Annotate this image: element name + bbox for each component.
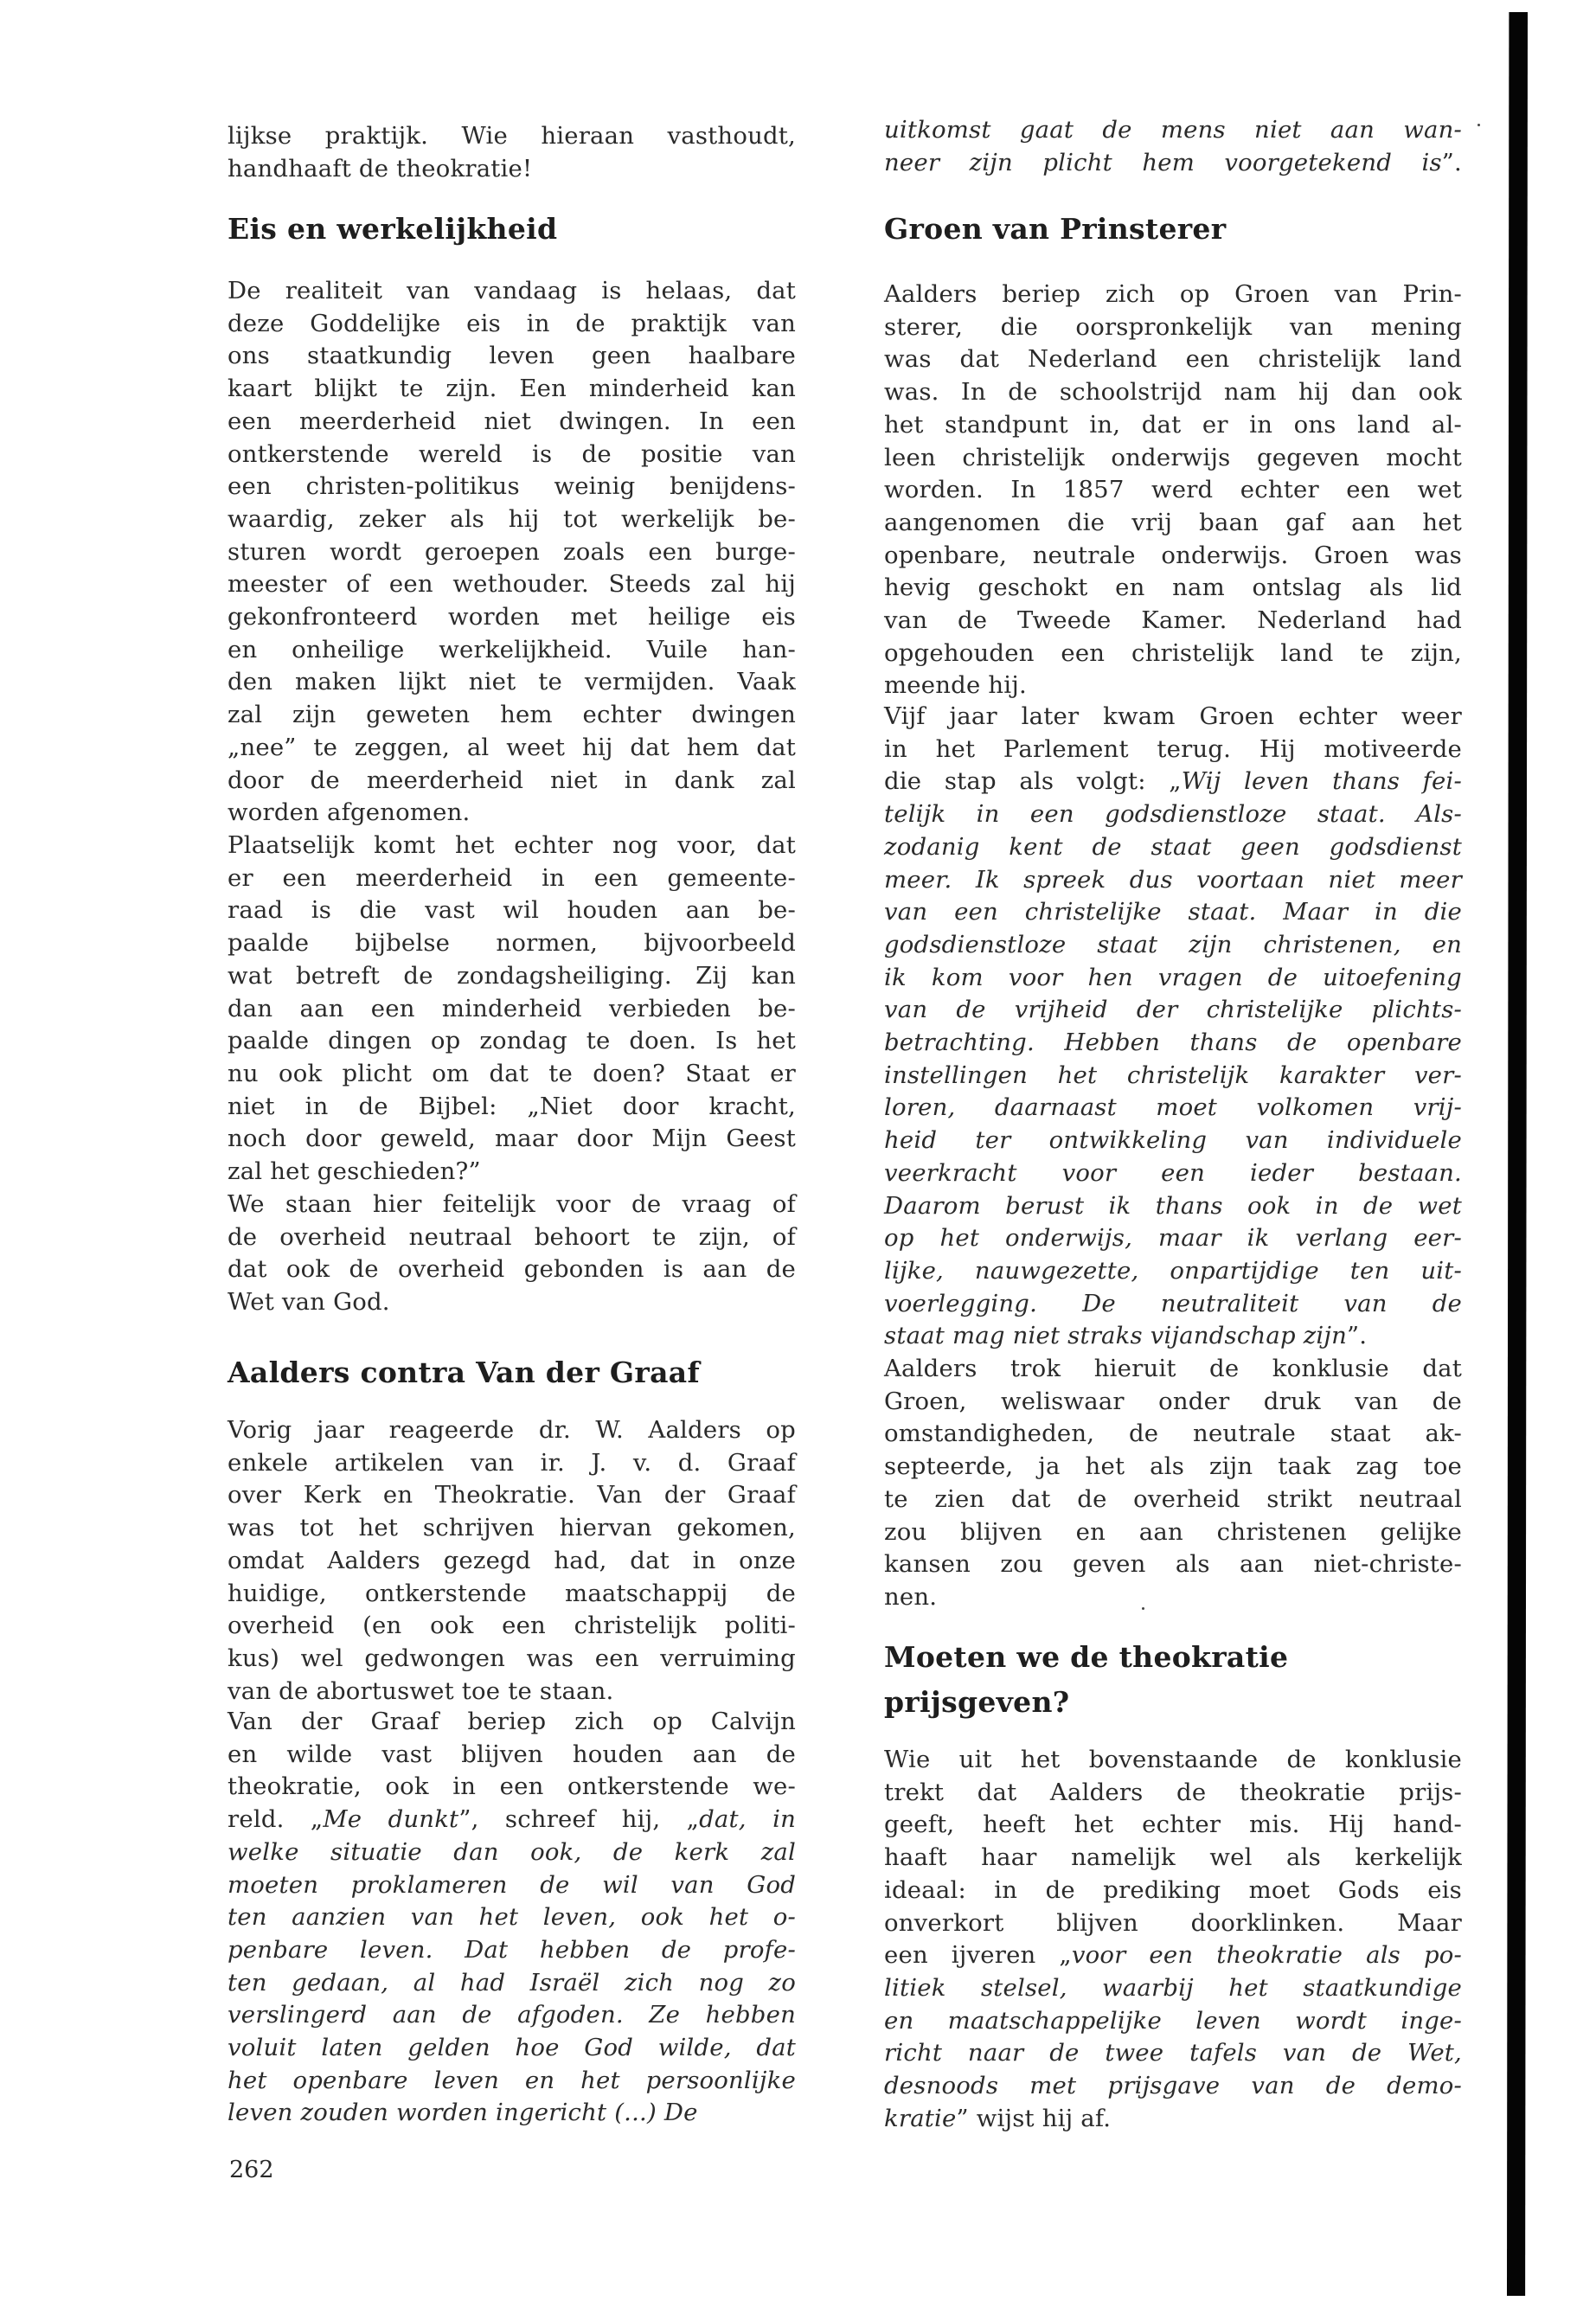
body-text: paalde dingen op zondag te doen. Is het: [228, 1027, 796, 1054]
text-line: betrachting. Hebben thans de openbare: [884, 1026, 1462, 1059]
text-line: en wilde vast blijven houden aan de: [228, 1738, 796, 1771]
body-text: door de meerderheid niet in dank zal: [228, 766, 796, 794]
text-line: omstandigheden, de neutrale staat ak-: [884, 1417, 1462, 1450]
italic-quote-text: instellingen het christelijk karakter ve…: [884, 1061, 1462, 1089]
body-text: gekonfronteerd worden met heilige eis: [228, 603, 796, 631]
text-line: er een meerderheid in een gemeente-: [228, 862, 796, 894]
text-line: Aalders beriep zich op Groen van Prin-: [884, 278, 1462, 311]
text-line: lijkse praktijk. Wie hieraan vasthoudt,: [228, 119, 796, 152]
body-text: Van der Graaf beriep zich op Calvijn: [228, 1708, 796, 1735]
italic-quote-text: neer zijn plicht hem voorgetekend is: [884, 149, 1442, 176]
body-text: „nee” te zeggen, al weet hij dat hem dat: [228, 734, 796, 761]
italic-quote-text: desnoods met prijsgave van de demo-: [884, 2072, 1462, 2099]
text-line: nu ook plicht om dat te doen? Staat er: [228, 1057, 796, 1090]
text-line: haaft haar namelijk wel als kerkelijk: [884, 1841, 1462, 1874]
body-text: kaart blijkt te zijn. Een minderheid kan: [228, 375, 796, 402]
body-text: over Kerk en Theokratie. Van der Graaf: [228, 1481, 796, 1509]
text-line: ten gedaan, al had Israël zich nog zo: [228, 1966, 796, 1999]
body-text: paalde bijbelse normen, bijvoorbeeld: [228, 929, 796, 957]
text-line: het standpunt in, dat er in ons land al-: [884, 408, 1462, 441]
text-line: ideaal: in de prediking moet Gods eis: [884, 1874, 1462, 1907]
body-text: en onheilige werkelijkheid. Vuile han-: [228, 636, 796, 663]
scan-speck: [1477, 124, 1480, 126]
body-text: dan aan een minderheid verbieden be-: [228, 995, 796, 1022]
text-line: zodanig kent de staat geen godsdienst: [884, 830, 1462, 863]
italic-quote-text: heid ter ontwikkeling van individuele: [884, 1126, 1462, 1154]
body-text: Aalders trok hieruit de konklusie dat: [884, 1355, 1462, 1382]
text-line: „nee” te zeggen, al weet hij dat hem dat: [228, 731, 796, 764]
body-text: ideaal: in de prediking moet Gods eis: [884, 1876, 1462, 1904]
body-text: haaft haar namelijk wel als kerkelijk: [884, 1843, 1462, 1871]
body-text: ”.: [1347, 1322, 1367, 1349]
body-text: deze Goddelijke eis in de praktijk van: [228, 310, 796, 337]
body-text: geeft, heeft het echter mis. Hij hand-: [884, 1811, 1462, 1838]
body-text: huidige, ontkerstende maatschappij de: [228, 1580, 796, 1607]
body-text: worden afgenomen.: [228, 798, 471, 826]
text-line: verslingerd aan de afgoden. Ze hebben: [228, 1998, 796, 2031]
body-text: was tot het schrijven hiervan gekomen,: [228, 1514, 796, 1541]
body-text: ons staatkundig leven geen haalbare: [228, 342, 796, 369]
text-line: uitkomst gaat de mens niet aan wan-: [884, 113, 1462, 146]
italic-quote-text: betrachting. Hebben thans de openbare: [884, 1029, 1462, 1056]
italic-quote-text: telijk in een godsdienstloze staat. Als-: [884, 800, 1462, 828]
italic-quote-text: op het onderwijs, maar ik verlang eer-: [884, 1224, 1462, 1252]
text-line: Vorig jaar reageerde dr. W. Aalders op: [228, 1413, 796, 1446]
text-line: een ijveren „voor een theokratie als po-: [884, 1939, 1462, 1971]
text-line: deze Goddelijke eis in de praktijk van: [228, 307, 796, 340]
text-line: meer. Ik spreek dus voortaan niet meer: [884, 863, 1462, 896]
text-line: desnoods met prijsgave van de demo-: [884, 2069, 1462, 2102]
text-line: op het onderwijs, maar ik verlang eer-: [884, 1221, 1462, 1254]
body-text: worden. In 1857 werd echter een wet: [884, 476, 1462, 503]
text-line: sterer, die oorspronkelijk van mening: [884, 311, 1462, 343]
section-heading: Groen van Prinsterer: [884, 212, 1226, 247]
body-text: niet in de Bijbel: „Niet door kracht,: [228, 1093, 796, 1120]
body-text: leen christelijk onderwijs gegeven mocht: [884, 444, 1462, 471]
scan-speck: [1142, 1607, 1144, 1610]
text-line: Wie uit het bovenstaande de konklusie: [884, 1743, 1462, 1776]
text-line: door de meerderheid niet in dank zal: [228, 764, 796, 797]
body-text: zal het geschieden?”: [228, 1157, 481, 1185]
text-line: Daarom berust ik thans ook in de wet: [884, 1189, 1462, 1222]
text-line: telijk in een godsdienstloze staat. Als-: [884, 798, 1462, 830]
text-line: voerlegging. De neutraliteit van de: [884, 1287, 1462, 1320]
text-line: een meerderheid niet dwingen. In een: [228, 405, 796, 438]
body-text: den maken lijkt niet te vermijden. Vaak: [228, 668, 796, 695]
italic-quote-text: ten gedaan, al had Israël zich nog zo: [228, 1969, 796, 1997]
body-text: Vijf jaar later kwam Groen echter weer: [884, 702, 1462, 730]
italic-quote-text: ik kom voor hen vragen de uitoefening: [884, 964, 1462, 991]
italic-quote-text: meer. Ik spreek dus voortaan niet meer: [884, 866, 1462, 894]
text-line: kus) wel gedwongen was een verruiming: [228, 1642, 796, 1675]
text-line: zal zijn geweten hem echter dwingen: [228, 698, 796, 731]
text-line: was dat Nederland een christelijk land: [884, 343, 1462, 375]
body-text: noch door geweld, maar door Mijn Geest: [228, 1125, 796, 1152]
text-line: niet in de Bijbel: „Niet door kracht,: [228, 1090, 796, 1123]
scan-edge-bar: [1507, 12, 1528, 2296]
body-text: zal zijn geweten hem echter dwingen: [228, 701, 796, 728]
body-text: kansen zou geven als aan niet-christe-: [884, 1550, 1462, 1578]
text-line: aangenomen die vrij baan gaf aan het: [884, 506, 1462, 539]
text-line: loren, daarnaast moet volkomen vrij-: [884, 1091, 1462, 1124]
text-line: litiek stelsel, waarbij het staatkundige: [884, 1971, 1462, 2004]
body-text: hevig geschokt en nam ontslag als lid: [884, 574, 1462, 601]
body-text: handhaaft de theokratie!: [228, 155, 532, 183]
text-line: kansen zou geven als aan niet-christe-: [884, 1548, 1462, 1580]
body-text: omdat Aalders gezegd had, dat in onze: [228, 1547, 796, 1574]
section-heading: Moeten we de theokratie: [884, 1640, 1288, 1675]
body-text: en wilde vast blijven houden aan de: [228, 1740, 796, 1768]
italic-quote-text: penbare leven. Dat hebben de profe-: [228, 1936, 796, 1964]
text-line: welke situatie dan ook, de kerk zal: [228, 1836, 796, 1868]
text-line: heid ter ontwikkeling van individuele: [884, 1124, 1462, 1157]
body-text: een christen-politikus weinig benijdens-: [228, 472, 796, 500]
text-line: geeft, heeft het echter mis. Hij hand-: [884, 1808, 1462, 1841]
page-number: 262: [229, 2154, 274, 2187]
text-line: het openbare leven en het persoonlijke: [228, 2064, 796, 2097]
body-text: Vorig jaar reageerde dr. W. Aalders op: [228, 1416, 796, 1444]
text-line: dan aan een minderheid verbieden be-: [228, 992, 796, 1025]
text-line: die stap als volgt: „Wij leven thans fei…: [884, 765, 1462, 798]
text-line: veerkracht voor een ieder bestaan.: [884, 1157, 1462, 1189]
text-line: reld. „Me dunkt”, schreef hij, „dat, in: [228, 1803, 796, 1836]
body-text: ” wijst hij af.: [957, 2105, 1112, 2132]
text-line: trekt dat Aalders de theokratie prijs-: [884, 1776, 1462, 1809]
text-line: openbare, neutrale onderwijs. Groen was: [884, 539, 1462, 572]
text-line: noch door geweld, maar door Mijn Geest: [228, 1122, 796, 1155]
italic-quote-text: lijke, nauwgezette, onpartijdige ten uit…: [884, 1257, 1462, 1285]
text-line: Aalders trok hieruit de konklusie dat: [884, 1352, 1462, 1385]
text-line: ons staatkundig leven geen haalbare: [228, 339, 796, 372]
italic-quote-text: van de vrijheid der christelijke plichts…: [884, 996, 1462, 1023]
section-heading: Eis en werkelijkheid: [228, 212, 557, 247]
body-text: dat ook de overheid gebonden is aan de: [228, 1255, 796, 1283]
text-line: leven zouden worden ingericht (...) De: [228, 2096, 796, 2129]
body-text: te zien dat de overheid strikt neutraal: [884, 1485, 1462, 1513]
text-line: Vijf jaar later kwam Groen echter weer: [884, 700, 1462, 733]
text-line: onverkort blijven doorklinken. Maar: [884, 1907, 1462, 1939]
body-text: reld. „: [228, 1805, 323, 1833]
text-line: sturen wordt geroepen zoals een burge-: [228, 535, 796, 568]
body-text: onverkort blijven doorklinken. Maar: [884, 1909, 1462, 1937]
text-line: hevig geschokt en nam ontslag als lid: [884, 571, 1462, 604]
text-line: Plaatselijk komt het echter nog voor, da…: [228, 829, 796, 862]
body-text: De realiteit van vandaag is helaas, dat: [228, 277, 796, 304]
body-text: kus) wel gedwongen was een verruiming: [228, 1644, 796, 1672]
body-text: het standpunt in, dat er in ons land al-: [884, 411, 1462, 439]
text-line: was. In de schoolstrijd nam hij dan ook: [884, 375, 1462, 408]
text-line: waardig, zeker als hij tot werkelijk be-: [228, 503, 796, 535]
italic-quote-text: moeten proklameren de wil van God: [228, 1871, 796, 1899]
text-line: instellingen het christelijk karakter ve…: [884, 1059, 1462, 1092]
italic-quote-text: Daarom berust ik thans ook in de wet: [884, 1192, 1462, 1220]
body-text: zou blijven en aan christenen gelijke: [884, 1518, 1462, 1546]
text-line: leen christelijk onderwijs gegeven mocht: [884, 441, 1462, 474]
italic-quote-text: dat, in: [699, 1805, 796, 1833]
body-text: waardig, zeker als hij tot werkelijk be-: [228, 505, 796, 533]
text-line: voluit laten gelden hoe God wilde, dat: [228, 2031, 796, 2064]
body-text: raad is die vast wil houden aan be-: [228, 896, 796, 924]
body-text: er een meerderheid in een gemeente-: [228, 864, 796, 892]
text-line: meester of een wethouder. Steeds zal hij: [228, 567, 796, 600]
body-text: sterer, die oorspronkelijk van mening: [884, 313, 1462, 341]
body-text: aangenomen die vrij baan gaf aan het: [884, 509, 1462, 536]
text-line: ik kom voor hen vragen de uitoefening: [884, 961, 1462, 994]
text-line: Groen, weliswaar onder druk van de: [884, 1385, 1462, 1418]
body-text: lijkse praktijk. Wie hieraan vasthoudt,: [228, 122, 796, 150]
text-line: den maken lijkt niet te vermijden. Vaak: [228, 665, 796, 698]
italic-quote-text: voluit laten gelden hoe God wilde, dat: [228, 2034, 796, 2061]
italic-quote-text: het openbare leven en het persoonlijke: [228, 2067, 796, 2094]
body-text: de overheid neutraal behoort te zijn, of: [228, 1223, 796, 1251]
italic-quote-text: leven zouden worden ingericht (...) De: [228, 2099, 698, 2126]
text-line: te zien dat de overheid strikt neutraal: [884, 1483, 1462, 1516]
italic-quote-text: loren, daarnaast moet volkomen vrij-: [884, 1093, 1462, 1121]
italic-quote-text: Wij leven thans fei-: [1182, 767, 1462, 795]
body-text: ”.: [1442, 149, 1462, 176]
text-line: kratie” wijst hij af.: [884, 2102, 1462, 2135]
body-text: van de Tweede Kamer. Nederland had: [884, 606, 1462, 634]
text-line: een christen-politikus weinig benijdens-: [228, 470, 796, 503]
text-line: dat ook de overheid gebonden is aan de: [228, 1253, 796, 1285]
italic-quote-text: uitkomst gaat de mens niet aan wan-: [884, 116, 1462, 144]
text-line: omdat Aalders gezegd had, dat in onze: [228, 1544, 796, 1577]
text-line: zal het geschieden?”: [228, 1155, 796, 1188]
body-text: We staan hier feitelijk voor de vraag of: [228, 1190, 796, 1218]
text-line: godsdienstloze staat zijn christenen, en: [884, 928, 1462, 961]
body-text: Aalders beriep zich op Groen van Prin-: [884, 280, 1462, 308]
text-line: was tot het schrijven hiervan gekomen,: [228, 1511, 796, 1544]
text-line: van de abortuswet toe te staan.: [228, 1675, 796, 1708]
body-text: Plaatselijk komt het echter nog voor, da…: [228, 831, 796, 859]
text-line: ontkerstende wereld is de positie van: [228, 438, 796, 471]
text-line: over Kerk en Theokratie. Van der Graaf: [228, 1478, 796, 1511]
italic-quote-text: staat mag niet straks vijandschap zijn: [884, 1322, 1347, 1349]
text-line: overheid (en ook een christelijk politi-: [228, 1609, 796, 1642]
italic-quote-text: godsdienstloze staat zijn christenen, en: [884, 931, 1462, 958]
body-text: meester of een wethouder. Steeds zal hij: [228, 570, 796, 598]
text-line: raad is die vast wil houden aan be-: [228, 894, 796, 926]
italic-quote-text: kratie: [884, 2105, 957, 2132]
text-line: paalde bijbelse normen, bijvoorbeeld: [228, 926, 796, 959]
body-text: nen.: [884, 1583, 937, 1611]
italic-quote-text: veerkracht voor een ieder bestaan.: [884, 1159, 1462, 1187]
text-line: van een christelijke staat. Maar in die: [884, 895, 1462, 928]
body-text: Wie uit het bovenstaande de konklusie: [884, 1746, 1462, 1773]
body-text: ”, schreef hij, „: [458, 1805, 699, 1833]
text-line: gekonfronteerd worden met heilige eis: [228, 600, 796, 633]
body-text: septeerde, ja het als zijn taak zag toe: [884, 1452, 1462, 1480]
section-heading: prijsgeven?: [884, 1685, 1069, 1720]
text-line: wat betreft de zondagsheiliging. Zij kan: [228, 959, 796, 992]
text-line: de overheid neutraal behoort te zijn, of: [228, 1221, 796, 1253]
text-line: We staan hier feitelijk voor de vraag of: [228, 1188, 796, 1221]
italic-quote-text: voerlegging. De neutraliteit van de: [884, 1290, 1462, 1317]
section-heading: Aalders contra Van der Graaf: [228, 1356, 700, 1390]
body-text: theokratie, ook in een ontkerstende we-: [228, 1772, 796, 1800]
body-text: een ijveren „: [884, 1941, 1072, 1969]
text-line: Van der Graaf beriep zich op Calvijn: [228, 1705, 796, 1738]
body-text: ontkerstende wereld is de positie van: [228, 440, 796, 468]
text-line: zou blijven en aan christenen gelijke: [884, 1516, 1462, 1548]
body-text: openbare, neutrale onderwijs. Groen was: [884, 542, 1462, 569]
body-text: was. In de schoolstrijd nam hij dan ook: [884, 378, 1462, 406]
text-line: en maatschappelijke leven wordt inge-: [884, 2004, 1462, 2037]
text-line: staat mag niet straks vijandschap zijn”.: [884, 1319, 1462, 1352]
body-text: wat betreft de zondagsheiliging. Zij kan: [228, 962, 796, 990]
body-text: enkele artikelen van ir. J. v. d. Graaf: [228, 1449, 796, 1477]
text-line: opgehouden een christelijk land te zijn,: [884, 637, 1462, 670]
body-text: omstandigheden, de neutrale staat ak-: [884, 1420, 1462, 1447]
body-text: Wet van God.: [228, 1288, 390, 1316]
text-line: lijke, nauwgezette, onpartijdige ten uit…: [884, 1254, 1462, 1287]
text-line: in het Parlement terug. Hij motiveerde: [884, 733, 1462, 766]
body-text: nu ook plicht om dat te doen? Staat er: [228, 1060, 796, 1087]
text-line: worden. In 1857 werd echter een wet: [884, 473, 1462, 506]
body-text: een meerderheid niet dwingen. In een: [228, 407, 796, 435]
text-line: kaart blijkt te zijn. Een minderheid kan: [228, 372, 796, 405]
body-text: opgehouden een christelijk land te zijn,: [884, 639, 1462, 667]
text-line: van de Tweede Kamer. Nederland had: [884, 604, 1462, 637]
text-line: handhaaft de theokratie!: [228, 152, 796, 185]
italic-quote-text: ten aanzien van het leven, ook het o-: [228, 1903, 796, 1931]
text-line: Wet van God.: [228, 1285, 796, 1318]
italic-quote-text: en maatschappelijke leven wordt inge-: [884, 2007, 1462, 2035]
text-line: nen.: [884, 1580, 1462, 1613]
italic-quote-text: voor een theokratie als po-: [1072, 1941, 1462, 1969]
body-text: overheid (en ook een christelijk politi-: [228, 1612, 796, 1639]
text-line: septeerde, ja het als zijn taak zag toe: [884, 1450, 1462, 1483]
text-line: van de vrijheid der christelijke plichts…: [884, 993, 1462, 1026]
text-line: theokratie, ook in een ontkerstende we-: [228, 1770, 796, 1803]
text-line: en onheilige werkelijkheid. Vuile han-: [228, 633, 796, 666]
text-line: enkele artikelen van ir. J. v. d. Graaf: [228, 1446, 796, 1479]
italic-quote-text: Me dunkt: [323, 1805, 458, 1833]
body-text: Groen, weliswaar onder druk van de: [884, 1388, 1462, 1415]
italic-quote-text: van een christelijke staat. Maar in die: [884, 898, 1462, 926]
italic-quote-text: verslingerd aan de afgoden. Ze hebben: [228, 2001, 796, 2029]
italic-quote-text: zodanig kent de staat geen godsdienst: [884, 833, 1462, 861]
text-line: neer zijn plicht hem voorgetekend is”.: [884, 146, 1462, 179]
text-line: De realiteit van vandaag is helaas, dat: [228, 274, 796, 307]
body-text: sturen wordt geroepen zoals een burge-: [228, 538, 796, 566]
text-line: moeten proklameren de wil van God: [228, 1868, 796, 1901]
body-text: trekt dat Aalders de theokratie prijs-: [884, 1779, 1462, 1806]
body-text: van de abortuswet toe te staan.: [228, 1677, 613, 1705]
italic-quote-text: richt naar de twee tafels van de Wet,: [884, 2039, 1462, 2067]
text-line: huidige, ontkerstende maatschappij de: [228, 1577, 796, 1610]
body-text: meende hij.: [884, 671, 1027, 699]
text-line: richt naar de twee tafels van de Wet,: [884, 2036, 1462, 2069]
text-line: paalde dingen op zondag te doen. Is het: [228, 1024, 796, 1057]
body-text: die stap als volgt: „: [884, 767, 1182, 795]
italic-quote-text: welke situatie dan ook, de kerk zal: [228, 1838, 796, 1866]
text-line: meende hij.: [884, 669, 1462, 702]
text-line: worden afgenomen.: [228, 796, 796, 829]
text-line: ten aanzien van het leven, ook het o-: [228, 1900, 796, 1933]
text-line: penbare leven. Dat hebben de profe-: [228, 1933, 796, 1966]
italic-quote-text: litiek stelsel, waarbij het staatkundige: [884, 1974, 1462, 2002]
body-text: was dat Nederland een christelijk land: [884, 345, 1462, 373]
body-text: in het Parlement terug. Hij motiveerde: [884, 735, 1462, 763]
